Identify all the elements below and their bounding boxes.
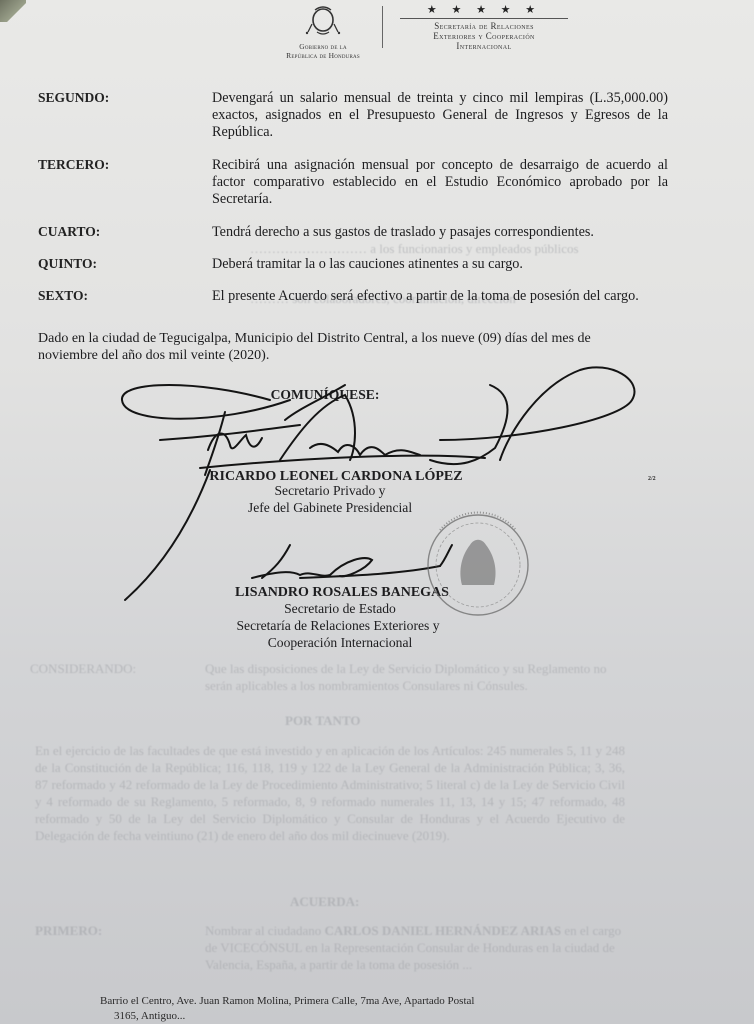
clause-text: Devengará un salario mensual de treinta … [212, 90, 668, 140]
clause-segundo: SEGUNDO: Devengará un salario mensual de… [38, 90, 638, 142]
bleed-through-text: Nombrar al ciudadano CARLOS DANIEL HERNÁ… [205, 922, 625, 973]
government-name-line2: República de Honduras [268, 51, 378, 60]
ministry-name-line1: Secretaría de Relaciones [396, 21, 572, 31]
bleed-through-paragraph: En el ejercicio de las facultades de que… [35, 742, 625, 844]
comuniquese-heading: COMUNÍQUESE: [250, 386, 400, 403]
clause-sexto: SEXTO: El presente Acuerdo será efectivo… [38, 288, 638, 324]
clause-text: Recibirá una asignación mensual por conc… [212, 157, 668, 207]
document-page: Gobierno de la República de Honduras ★ ★… [0, 0, 754, 1024]
clause-label: CUARTO: [38, 224, 100, 241]
clause-tercero: TERCERO: Recibirá una asignación mensual… [38, 157, 638, 209]
bleed-through-text: Que las disposiciones de la Ley de Servi… [205, 660, 625, 694]
clause-label: QUINTO: [38, 256, 97, 273]
clause-label: SEXTO: [38, 288, 88, 305]
bleed-through-text: ……………………… a los funcionarios y empleados… [250, 240, 610, 257]
five-stars-icon: ★ ★ ★ ★ ★ [396, 4, 572, 16]
page-number: 2/2 [648, 476, 656, 482]
signatory2-title2: Secretaría de Relaciones Exteriores y [218, 617, 458, 634]
clause-text: Tendrá derecho a sus gastos de traslado … [212, 224, 682, 241]
clause-cuarto: CUARTO: Tendrá derecho a sus gastos de t… [38, 224, 638, 242]
clause-label: TERCERO: [38, 157, 109, 174]
header-divider [382, 6, 383, 48]
government-header: Gobierno de la República de Honduras [268, 0, 378, 60]
bleed-through-heading: POR TANTO [285, 712, 361, 729]
honduras-coat-of-arms-icon [302, 2, 344, 42]
footer-address-line2: 3165, Antiguo... [100, 1009, 660, 1024]
signatory1-title2: Jefe del Gabinete Presidencial [230, 499, 430, 516]
clause-text: Deberá tramitar la o las cauciones atine… [212, 256, 668, 273]
footer-address: Barrio el Centro, Ave. Juan Ramon Molina… [100, 994, 660, 1024]
clause-quinto: QUINTO: Deberá tramitar la o las caucion… [38, 256, 638, 274]
ministry-name-line2: Exteriores y Cooperación [396, 31, 572, 41]
ministry-header: ★ ★ ★ ★ ★ Secretaría de Relaciones Exter… [396, 0, 572, 51]
bleed-through-heading: ACUERDA: [290, 893, 359, 910]
signatory2-title1: Secretario de Estado [250, 600, 430, 617]
footer-address-line1: Barrio el Centro, Ave. Juan Ramon Molina… [100, 994, 660, 1009]
header-rule [400, 18, 568, 19]
bleed-through-text: CONSIDERANDO: [30, 660, 150, 677]
signatory1-title1: Secretario Privado y [250, 482, 410, 499]
ministry-name-line3: Internacional [396, 41, 572, 51]
signature-2-icon [252, 545, 452, 578]
government-name-line1: Gobierno de la [268, 42, 378, 51]
clause-label: SEGUNDO: [38, 90, 109, 107]
given-date-paragraph: Dado en la ciudad de Tegucigalpa, Munici… [38, 330, 633, 364]
signatory2-title3: Cooperación Internacional [240, 634, 440, 651]
signatory2-name: LISANDRO ROSALES BANEGAS [222, 584, 462, 601]
clause-text: El presente Acuerdo será efectivo a part… [212, 288, 668, 305]
bleed-through-label: PRIMERO: [35, 922, 102, 939]
